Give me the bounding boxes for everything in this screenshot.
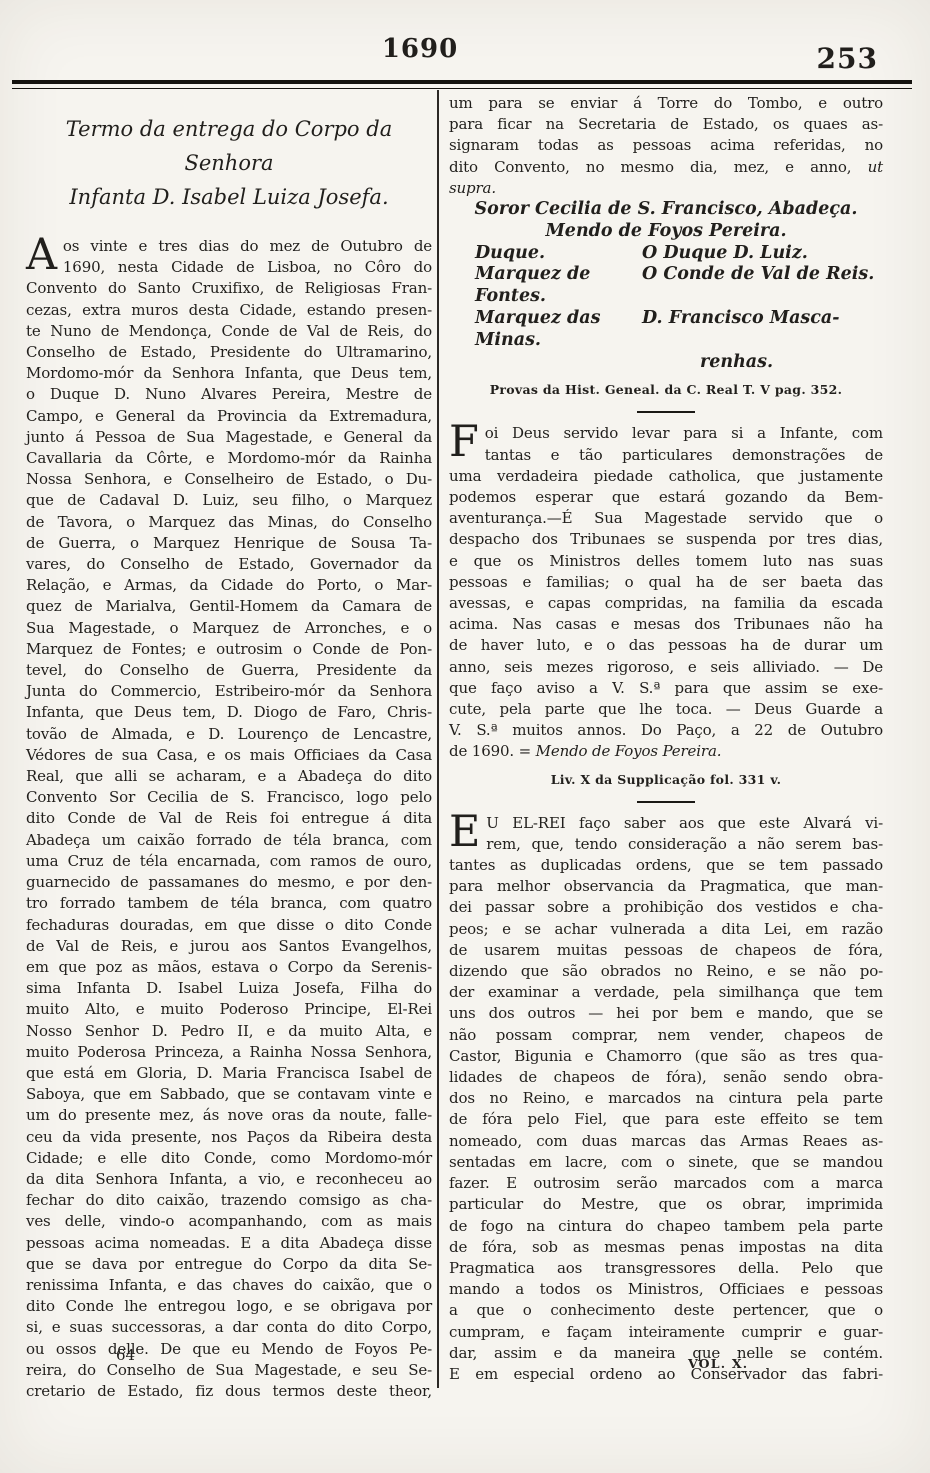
body-line: anno, seis mezes rigoroso, e seis allivi… bbox=[449, 657, 883, 678]
signature-name: Marquez de Fontes. bbox=[475, 264, 642, 308]
body-line: sentadas em lacre, com o sinete, que se … bbox=[449, 1152, 883, 1173]
italic-text-segment: supra. bbox=[449, 179, 496, 197]
paragraph: EU EL-REI faço saber aos que este Alvará… bbox=[449, 813, 883, 1385]
paragraph: um para se enviar á Torre do Tombo, e ou… bbox=[449, 93, 883, 199]
body-line: Mordomo-mór da Senhora Infanta, que Deus… bbox=[26, 363, 432, 384]
body-line: podemos esperar que estará gozando da Be… bbox=[449, 487, 883, 508]
text-segment: dito Convento, no mesmo dia, mez, e anno… bbox=[449, 158, 868, 176]
body-line: Saboya, que em Sabbado, que se contavam … bbox=[26, 1084, 432, 1105]
body-line: os vinte e tres dias do mez de Outubro d… bbox=[26, 236, 432, 257]
body-line: dito Conde lhe entregou logo, e se obrig… bbox=[26, 1296, 432, 1317]
body-line: 1690, nesta Cidade de Lisboa, no Côro do bbox=[26, 257, 432, 278]
header-year: 1690 bbox=[340, 34, 500, 64]
body-line: particular do Mestre, que os obrar, impr… bbox=[449, 1194, 883, 1215]
body-line: que se dava por entregue do Corpo da dit… bbox=[26, 1254, 432, 1275]
body-line: cumpram, e façam inteiramente cumprir e … bbox=[449, 1322, 883, 1343]
body-line: dei passar sobre a prohibição dos vestid… bbox=[449, 897, 883, 918]
body-line: der examinar a verdade, pela similhança … bbox=[449, 982, 883, 1003]
body-line: tantes as duplicadas ordens, que se tem … bbox=[449, 855, 883, 876]
gathering-signature-mark: 64 bbox=[116, 1346, 135, 1364]
drop-cap: A bbox=[26, 237, 57, 277]
body-line: despacho dos Tribunaes se suspenda por t… bbox=[449, 529, 883, 550]
body-line: uma verdadeira piedade catholica, que ju… bbox=[449, 466, 883, 487]
body-line: Real, que alli se acharam, e a Abadeça d… bbox=[26, 766, 432, 787]
body-line: renissima Infanta, e das chaves do caixã… bbox=[26, 1275, 432, 1296]
source-citation: Liv. X da Supplicação fol. 331 v. bbox=[449, 770, 883, 790]
body-line: U EL-REI faço saber aos que este Alvará … bbox=[449, 813, 883, 834]
right-column: um para se enviar á Torre do Tombo, e ou… bbox=[449, 93, 883, 1385]
body-line: tevel, do Conselho de Guerra, Presidente… bbox=[26, 660, 432, 681]
body-line: nomeado, com duas marcas das Armas Reaes… bbox=[449, 1131, 883, 1152]
paragraph: Foi Deus servido levar para si a Infante… bbox=[449, 423, 883, 762]
body-line: dizendo que são obrados no Reino, e se n… bbox=[449, 961, 883, 982]
title-line: Termo da entrega do Corpo da Senhora bbox=[26, 112, 432, 180]
column-divider bbox=[437, 90, 439, 1388]
body-line: Conselho de Estado, Presidente do Ultram… bbox=[26, 342, 432, 363]
body-line: reira, do Conselho de Sua Magestade, e s… bbox=[26, 1360, 432, 1381]
body-line: Nossa Senhora, e Conselheiro de Estado, … bbox=[26, 469, 432, 490]
body-line: cezas, extra muros desta Cidade, estando… bbox=[26, 300, 432, 321]
body-line: Campo, e General da Provincia da Extrema… bbox=[26, 406, 432, 427]
body-line: junto á Pessoa de Sua Magestade, e Gener… bbox=[26, 427, 432, 448]
body-line: para ficar na Secretaria de Estado, os q… bbox=[449, 114, 883, 135]
signature-row: Duque.O Duque D. Luiz. bbox=[449, 243, 883, 265]
body-line: de Guerra, o Marquez Henrique de Sousa T… bbox=[26, 533, 432, 554]
signature-name: O Conde de Val de Reis. bbox=[642, 264, 883, 308]
body-line: o Duque D. Nuno Alvares Pereira, Mestre … bbox=[26, 384, 432, 405]
body-line: de 1690. = Mendo de Foyos Pereira. bbox=[449, 741, 883, 762]
body-line: oi Deus servido levar para si a Infante,… bbox=[449, 423, 883, 444]
body-line: Castor, Bigunia e Chamorro (que são as t… bbox=[449, 1046, 883, 1067]
body-line: uns dos outros — hei por bem e mando, qu… bbox=[449, 1003, 883, 1024]
body-line: dito Conde de Val de Reis foi entregue á… bbox=[26, 808, 432, 829]
body-line: Junta do Commercio, Estribeiro-mór da Se… bbox=[26, 681, 432, 702]
body-line: acima. Nas casas e mesas dos Tribunaes n… bbox=[449, 614, 883, 635]
body-line: sima Infanta D. Isabel Luiza Josefa, Fil… bbox=[26, 978, 432, 999]
body-line: cretario de Estado, fiz dous termos dest… bbox=[26, 1381, 432, 1402]
body-line: V. S.ª muitos annos. Do Paço, a 22 de Ou… bbox=[449, 720, 883, 741]
body-line: peos; e se achar vulnerada a dita Lei, e… bbox=[449, 919, 883, 940]
section-divider-rule bbox=[637, 411, 695, 413]
body-line: lidades de chapeos de fóra), senão sendo… bbox=[449, 1067, 883, 1088]
body-line: da dita Senhora Infanta, a vio, e reconh… bbox=[26, 1169, 432, 1190]
body-line: em que poz as mãos, estava o Corpo da Se… bbox=[26, 957, 432, 978]
body-line: de fogo na cintura do chapeo tambem pela… bbox=[449, 1216, 883, 1237]
signature-name: D. Francisco Masca- bbox=[642, 308, 883, 352]
body-line: supra. bbox=[449, 178, 883, 199]
title-line: Infanta D. Isabel Luiza Josefa. bbox=[26, 180, 432, 214]
signature-row: Marquez das Minas.D. Francisco Masca- bbox=[449, 308, 883, 352]
body-line: de haver luto, e o das pessoas ha de dur… bbox=[449, 635, 883, 656]
body-line: Infanta, que Deus tem, D. Diogo de Faro,… bbox=[26, 702, 432, 723]
body-line: Cidade; e elle dito Conde, como Mordomo-… bbox=[26, 1148, 432, 1169]
body-line: dito Convento, no mesmo dia, mez, e anno… bbox=[449, 157, 883, 178]
body-line: uma Cruz de téla encarnada, com ramos de… bbox=[26, 851, 432, 872]
body-line: e que os Ministros delles tomem luto nas… bbox=[449, 551, 883, 572]
body-line: avessas, e capas compridas, na familia d… bbox=[449, 593, 883, 614]
body-line: fazer. E outrosim serão marcados com a m… bbox=[449, 1173, 883, 1194]
body-line: Convento do Santo Cruxifixo, de Religios… bbox=[26, 278, 432, 299]
body-line: dos no Reino, e marcados na cintura pela… bbox=[449, 1088, 883, 1109]
body-line: tantas e tão particulares demonstrações … bbox=[449, 445, 883, 466]
header-page-number: 253 bbox=[817, 42, 878, 75]
body-line: guarnecido de passamanes do mesmo, e por… bbox=[26, 872, 432, 893]
paragraph: Aos vinte e tres dias do mez de Outubro … bbox=[26, 236, 432, 1402]
body-line: Marquez de Fontes; e outrosim o Conde de… bbox=[26, 639, 432, 660]
body-line: Convento Sor Cecilia de S. Francisco, lo… bbox=[26, 787, 432, 808]
body-line: aventurança.—É Sua Magestade servido que… bbox=[449, 508, 883, 529]
body-line: Cavallaria da Côrte, e Mordomo-mór da Ra… bbox=[26, 448, 432, 469]
body-line: ceu da vida presente, nos Paços da Ribei… bbox=[26, 1127, 432, 1148]
signature-name: O Duque D. Luiz. bbox=[642, 243, 883, 265]
body-line: que de Cadaval D. Luiz, seu filho, o Mar… bbox=[26, 490, 432, 511]
body-line: de usarem muitas pessoas de chapeos de f… bbox=[449, 940, 883, 961]
body-line: mando a todos os Ministros, Officiaes e … bbox=[449, 1279, 883, 1300]
body-line: de Tavora, o Marquez das Minas, do Conse… bbox=[26, 512, 432, 533]
body-line: pessoas e familias; o qual ha de ser bae… bbox=[449, 572, 883, 593]
body-line: tro forrado tambem de téla branca, com q… bbox=[26, 893, 432, 914]
body-line: si, e suas successoras, a dar conta do d… bbox=[26, 1317, 432, 1338]
body-line: de fóra pelo Fiel, que para este effeito… bbox=[449, 1109, 883, 1130]
signature-row: Marquez de Fontes.O Conde de Val de Reis… bbox=[449, 264, 883, 308]
body-line: Sua Magestade, o Marquez de Arronches, e… bbox=[26, 618, 432, 639]
drop-cap: E bbox=[449, 814, 480, 854]
italic-text-segment: Mendo de Foyos Pereira. bbox=[536, 742, 722, 760]
signature-name-continuation: renhas. bbox=[449, 352, 883, 374]
section-divider-rule bbox=[637, 801, 695, 803]
volume-mark: VOL. X. bbox=[688, 1356, 748, 1371]
italic-text-segment: ut bbox=[868, 158, 883, 176]
text-segment: de 1690. = bbox=[449, 742, 536, 760]
body-line: muito Alto, e muito Poderoso Principe, E… bbox=[26, 999, 432, 1020]
body-line: muito Poderosa Princeza, a Rainha Nossa … bbox=[26, 1042, 432, 1063]
signature-name: Soror Cecilia de S. Francisco, Abadeça. bbox=[449, 199, 883, 221]
body-line: que está em Gloria, D. Maria Francisca I… bbox=[26, 1063, 432, 1084]
body-line: dar, assim e da maneira que nelle se con… bbox=[449, 1343, 883, 1364]
body-line: pessoas acima nomeadas. E a dita Abadeça… bbox=[26, 1233, 432, 1254]
body-line: Nosso Senhor D. Pedro II, e da muito Alt… bbox=[26, 1021, 432, 1042]
body-line: signaram todas as pessoas acima referida… bbox=[449, 135, 883, 156]
body-line: que faço aviso a V. S.ª para que assim s… bbox=[449, 678, 883, 699]
body-line: E em especial ordeno ao Conservador das … bbox=[449, 1364, 883, 1385]
body-line: para melhor observancia da Pragmatica, q… bbox=[449, 876, 883, 897]
body-line: ou ossos delle. De que eu Mendo de Foyos… bbox=[26, 1339, 432, 1360]
body-line: fechaduras douradas, em que disse o dito… bbox=[26, 915, 432, 936]
body-line: tovão de Almada, e D. Lourenço de Lencas… bbox=[26, 724, 432, 745]
document-title: Termo da entrega do Corpo da SenhoraInfa… bbox=[26, 112, 432, 214]
body-line: não possam comprar, nem vender, chapeos … bbox=[449, 1025, 883, 1046]
body-line: Relação, e Armas, da Cidade do Porto, o … bbox=[26, 575, 432, 596]
signature-name: Duque. bbox=[475, 243, 642, 265]
body-line: ves delle, vindo-o acompanhando, com as … bbox=[26, 1211, 432, 1232]
body-line: quez de Marialva, Gentil-Homem da Camara… bbox=[26, 596, 432, 617]
signature-name: Marquez das Minas. bbox=[475, 308, 642, 352]
body-line: um do presente mez, ás nove oras da nout… bbox=[26, 1105, 432, 1126]
body-line: vares, do Conselho de Estado, Governador… bbox=[26, 554, 432, 575]
body-line: de Val de Reis, e jurou aos Santos Evang… bbox=[26, 936, 432, 957]
body-line: de fóra, sob as mesmas penas impostas na… bbox=[449, 1237, 883, 1258]
body-line: Abadeça um caixão forrado de téla branca… bbox=[26, 830, 432, 851]
body-line: um para se enviar á Torre do Tombo, e ou… bbox=[449, 93, 883, 114]
body-line: te Nuno de Mendonça, Conde de Val de Rei… bbox=[26, 321, 432, 342]
header-rule bbox=[12, 80, 912, 89]
body-line: rem, que, tendo consideração a não serem… bbox=[449, 834, 883, 855]
body-line: Védores de sua Casa, e os mais Officiaes… bbox=[26, 745, 432, 766]
left-column: Termo da entrega do Corpo da SenhoraInfa… bbox=[26, 112, 432, 1402]
body-line: cute, pela parte que lhe toca. — Deus Gu… bbox=[449, 699, 883, 720]
scanned-book-page: 1690 253 Termo da entrega do Corpo da Se… bbox=[0, 0, 930, 1473]
source-citation: Provas da Hist. Geneal. da C. Real T. V … bbox=[449, 380, 883, 400]
body-line: a que o conhecimento deste pertencer, qu… bbox=[449, 1300, 883, 1321]
body-line: fechar do dito caixão, trazendo comsigo … bbox=[26, 1190, 432, 1211]
signature-name: Mendo de Foyos Pereira. bbox=[449, 221, 883, 243]
drop-cap: F bbox=[449, 424, 479, 464]
body-line: Pragmatica aos transgressores della. Pel… bbox=[449, 1258, 883, 1279]
